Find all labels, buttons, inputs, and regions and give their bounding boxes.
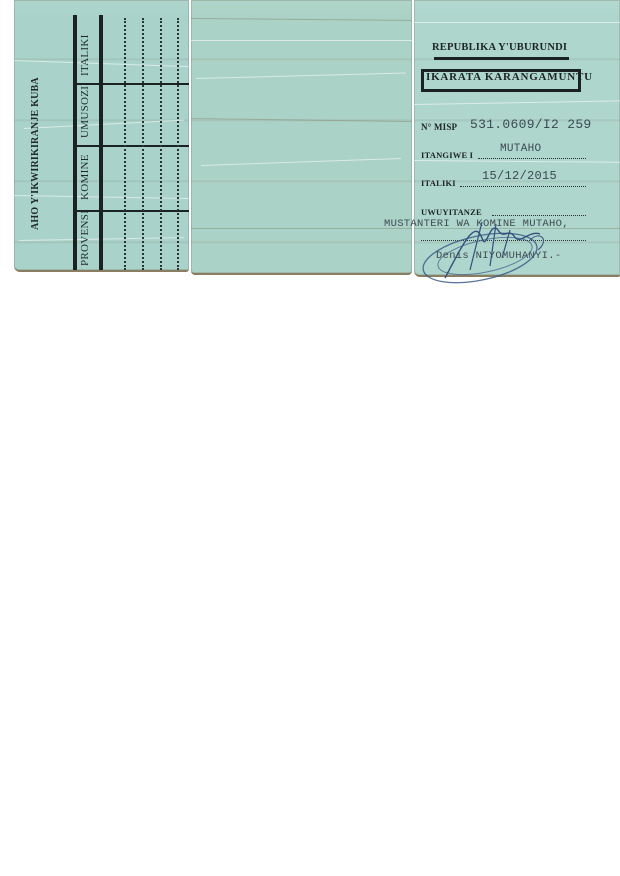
dotted-entry-line bbox=[177, 18, 179, 270]
number-label: N° MISP bbox=[421, 122, 457, 132]
number-value: 531.0609/I2 259 bbox=[470, 117, 592, 132]
issued-by-dotted-line bbox=[492, 215, 586, 216]
issued-at-label: ITANGIWE I bbox=[421, 150, 473, 160]
crease-line bbox=[191, 40, 412, 41]
dotted-entry-line bbox=[160, 18, 162, 270]
date-value: 15/12/2015 bbox=[482, 169, 557, 183]
crease-line bbox=[414, 22, 620, 23]
fold-line bbox=[191, 18, 412, 21]
left-panel-title: AHO Y'IKWIRIKIRANJE KUBA bbox=[30, 77, 41, 230]
crease-line bbox=[414, 100, 620, 105]
column-label-provensi: PROVENSI bbox=[79, 210, 91, 266]
card-panel-middle bbox=[191, 0, 412, 275]
date-dotted-line bbox=[460, 186, 586, 187]
fold-line bbox=[191, 228, 412, 229]
table-border-left bbox=[73, 15, 77, 270]
country-header: REPUBLIKA Y'UBURUNDI bbox=[432, 42, 567, 53]
row-divider bbox=[75, 83, 189, 85]
column-label-italiki: ITALIKI bbox=[79, 34, 91, 76]
column-label-komine: KOMINE bbox=[79, 154, 91, 200]
crease-line bbox=[414, 160, 620, 163]
issuer-title: MUSTANTERI WA KOMINE MUTAHO, bbox=[384, 218, 569, 230]
issued-at-dotted-line bbox=[478, 158, 586, 159]
dotted-entry-line bbox=[142, 18, 144, 270]
dotted-entry-line bbox=[124, 18, 126, 270]
row-divider bbox=[75, 210, 189, 212]
table-border-label-column bbox=[99, 15, 103, 270]
column-label-umusozi: UMUSOZI bbox=[79, 86, 91, 138]
fold-line bbox=[191, 118, 412, 122]
date-label: ITALIKI bbox=[421, 178, 456, 188]
crease-line bbox=[201, 158, 401, 166]
row-divider bbox=[75, 145, 189, 147]
issuer-name: Denis NIYOMUHANYI.- bbox=[436, 250, 561, 262]
issued-at-value: MUTAHO bbox=[500, 143, 541, 155]
issuer-dotted-line bbox=[421, 240, 586, 241]
issued-by-label: UWUYITANZE bbox=[421, 207, 482, 217]
header-underline bbox=[434, 57, 569, 60]
crease-line bbox=[196, 73, 406, 79]
card-title: IKARATA KARANGAMUNTU bbox=[426, 71, 593, 83]
